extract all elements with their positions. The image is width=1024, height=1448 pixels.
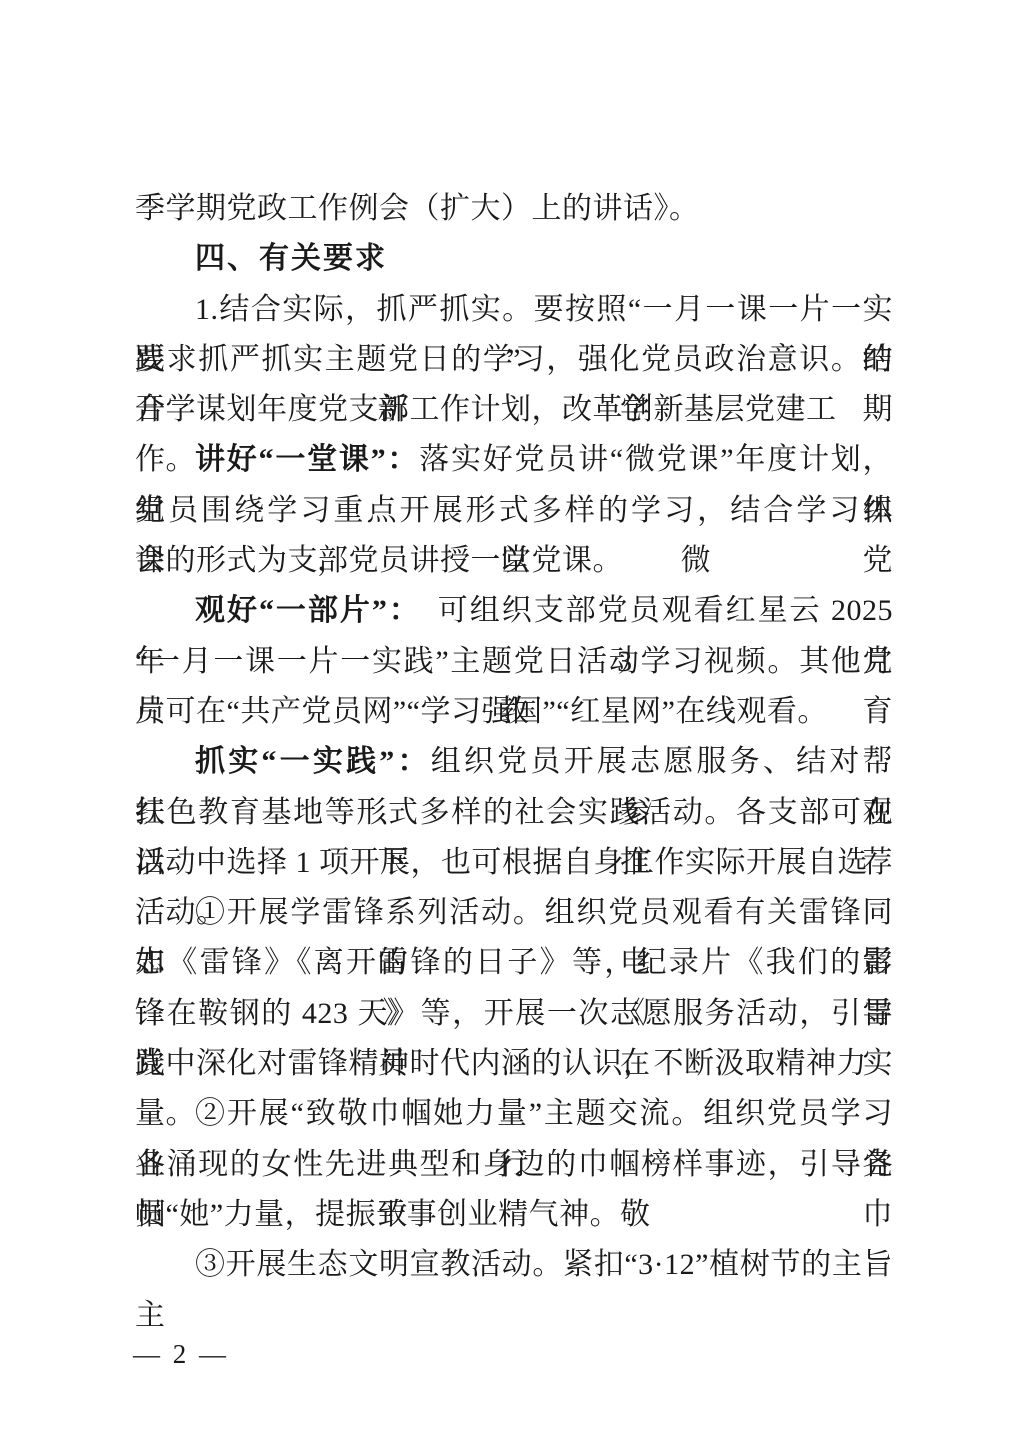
doc-line: 业涌现的女性先进典型和身边的巾帼榜样事迹，引导党员致敬巾 <box>135 1140 893 1190</box>
doc-line: “一月一课一片一实践”主题党日活动学习视频。其他党员教育 <box>135 637 893 687</box>
doc-line: 党员围绕学习重点开展形式多样的学习，结合学习体会，以微党 <box>135 486 893 536</box>
doc-line: 如《雷锋》《离开雷锋的日子》等，纪录片《我们的雷锋》《雷 <box>135 938 893 988</box>
bold-lead-in: 观好“一部片”： <box>195 594 406 627</box>
page-number: — 2 — <box>133 1338 229 1370</box>
line-text: 课的形式为支部党员讲授一堂党课。 <box>135 544 623 577</box>
doc-line: 践中深化对雷锋精神时代内涵的认识，不断汲取精神力量。 <box>135 1039 893 1089</box>
doc-line: 红色教育基地等形式多样的社会实践活动。各支部可在以下推荐 <box>135 788 893 838</box>
doc-line: 要求抓严抓实主题党日的学习，强化党员政治意识。结合新学期 <box>135 335 893 385</box>
doc-line-list-item-1: ①开展学雷锋系列活动。组织党员观看有关雷锋同志的电影 <box>135 888 893 938</box>
line-text: 季学期党政工作例会（扩大）上的讲话》。 <box>135 192 700 225</box>
heading-text: 四、有关要求 <box>195 242 387 275</box>
doc-line: 季学期党政工作例会（扩大）上的讲话》。 <box>135 184 893 234</box>
line-text: ③开展生态文明宣教活动。紧扣“3·12”植树节的主旨主 <box>135 1248 893 1331</box>
bold-lead-in: 抓实“一实践”： <box>195 745 431 778</box>
line-text: 帼“她”力量，提振干事创业精气神。 <box>135 1198 620 1231</box>
doc-line: 开学谋划年度党支部工作计划，改革创新基层党建工作。 <box>135 385 893 435</box>
doc-line-list-item-3: ③开展生态文明宣教活动。紧扣“3·12”植树节的主旨主 <box>135 1240 893 1290</box>
doc-line-list-item-2: ②开展“致敬巾帼她力量”主题交流。组织党员学习各行各 <box>135 1089 893 1139</box>
document-page: 季学期党政工作例会（扩大）上的讲话》。 四、有关要求 1.结合实际，抓严抓实。要… <box>0 0 1024 1448</box>
line-text: 片可在“共产党员网”“学习强国”“红星网”在线观看。 <box>135 695 828 728</box>
doc-line: 锋在鞍钢的 423 天》等，开展一次志愿服务活动，引导党员在实 <box>135 989 893 1039</box>
doc-line: 观好“一部片”： 可组织支部党员观看红星云 2025 年 3 月 <box>135 586 893 636</box>
doc-line: 片可在“共产党员网”“学习强国”“红星网”在线观看。 <box>135 687 893 737</box>
bold-lead-in: 讲好“一堂课”： <box>195 443 419 476</box>
section-heading: 四、有关要求 <box>135 234 893 284</box>
doc-line: 1.结合实际，抓严抓实。要按照“一月一课一片一实践”的 <box>135 285 893 335</box>
doc-line: 抓实“一实践”：组织党员开展志愿服务、结对帮扶、参观 <box>135 737 893 787</box>
doc-line: 活动中选择 1 项开展，也可根据自身工作实际开展自选活动。 <box>135 838 893 888</box>
document-body: 季学期党政工作例会（扩大）上的讲话》。 四、有关要求 1.结合实际，抓严抓实。要… <box>135 184 893 1291</box>
doc-line: 讲好“一堂课”：落实好党员讲“微党课”年度计划，组织 <box>135 435 893 485</box>
